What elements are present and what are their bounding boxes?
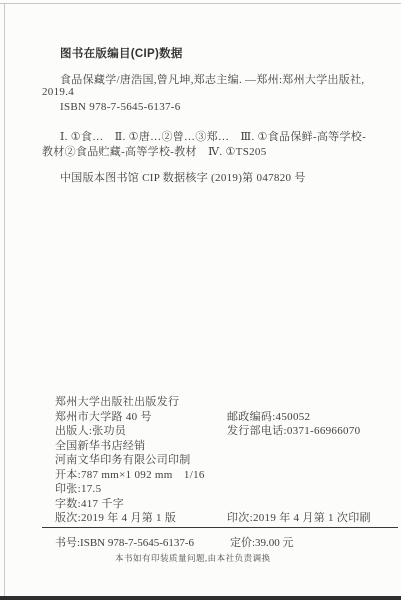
cip-title-line2: 2019.4 (42, 86, 74, 98)
scan-edge-top (0, 3, 401, 4)
publication-row: 郑州市大学路 40 号 邮政编码:450052 (55, 410, 390, 425)
word-count-line: 字数:417 千字 (55, 497, 124, 512)
scan-edge-bottom-bar (0, 596, 401, 600)
book-copyright-page: 图书在版编目(CIP)数据 食品保藏学/唐浩国,曾凡坤,郑志主编. —郑州:郑州… (0, 0, 401, 600)
cip-title-line1: 食品保藏学/唐浩国,曾凡坤,郑志主编. —郑州:郑州大学出版社, (60, 71, 364, 87)
publication-info-block: 郑州大学出版社出版发行 郑州市大学路 40 号 邮政编码:450052 出版人:… (55, 395, 390, 526)
publication-row: 出版人:张功员 发行部电话:0371-66966070 (55, 424, 390, 439)
publication-row: 全国新华书店经销 (55, 439, 390, 454)
publisher-line: 郑州大学出版社出版发行 (55, 395, 179, 410)
publication-row: 版次:2019 年 4 月第 1 版 印次:2019 年 4 月第 1 次印刷 (55, 511, 390, 526)
quality-note: 本书如有印装质量问题,由本社负责调换 (115, 552, 271, 564)
publisher-person: 出版人:张功员 (55, 424, 126, 439)
publication-row: 字数:417 千字 (55, 497, 390, 512)
publication-row: 印张:17.5 (55, 482, 390, 497)
printer-line: 河南文华印务有限公司印制 (55, 453, 191, 468)
printing-line: 印次:2019 年 4 月第 1 次印刷 (227, 511, 371, 526)
footer-book-number-row: 书号:ISBN 978-7-5645-6137-6 定价:39.00 元 (55, 536, 390, 551)
book-number: 书号:ISBN 978-7-5645-6137-6 (55, 537, 194, 549)
publication-row: 开本:787 mm×1 092 mm 1/16 (55, 468, 390, 483)
distributor-line: 全国新华书店经销 (55, 439, 145, 454)
cip-isbn: ISBN 978-7-5645-6137-6 (60, 101, 181, 113)
footer-divider (42, 527, 398, 528)
scan-edge-left (4, 3, 5, 597)
sheets-line: 印张:17.5 (55, 482, 101, 497)
edition-line: 版次:2019 年 4 月第 1 版 (55, 511, 176, 526)
address-line: 郑州市大学路 40 号 (55, 410, 152, 425)
cip-record-number: 中国版本图书馆 CIP 数据核字 (2019)第 047820 号 (60, 169, 306, 185)
cip-heading: 图书在版编目(CIP)数据 (60, 45, 183, 61)
cip-classification-line2: 教材②食品贮藏-高等学校-教材 Ⅳ. ①TS205 (42, 143, 267, 159)
distribution-phone: 发行部电话:0371-66966070 (227, 424, 360, 439)
publication-row: 郑州大学出版社出版发行 (55, 395, 390, 410)
postal-code: 邮政编码:450052 (227, 410, 310, 425)
cip-classification-line1: Ⅰ. ①食… Ⅱ. ①唐…②曾…③郑… Ⅲ. ①食品保鲜-高等学校- (60, 128, 366, 144)
price: 定价:39.00 元 (230, 536, 294, 551)
format-line: 开本:787 mm×1 092 mm 1/16 (55, 468, 205, 483)
publication-row: 河南文华印务有限公司印制 (55, 453, 390, 468)
